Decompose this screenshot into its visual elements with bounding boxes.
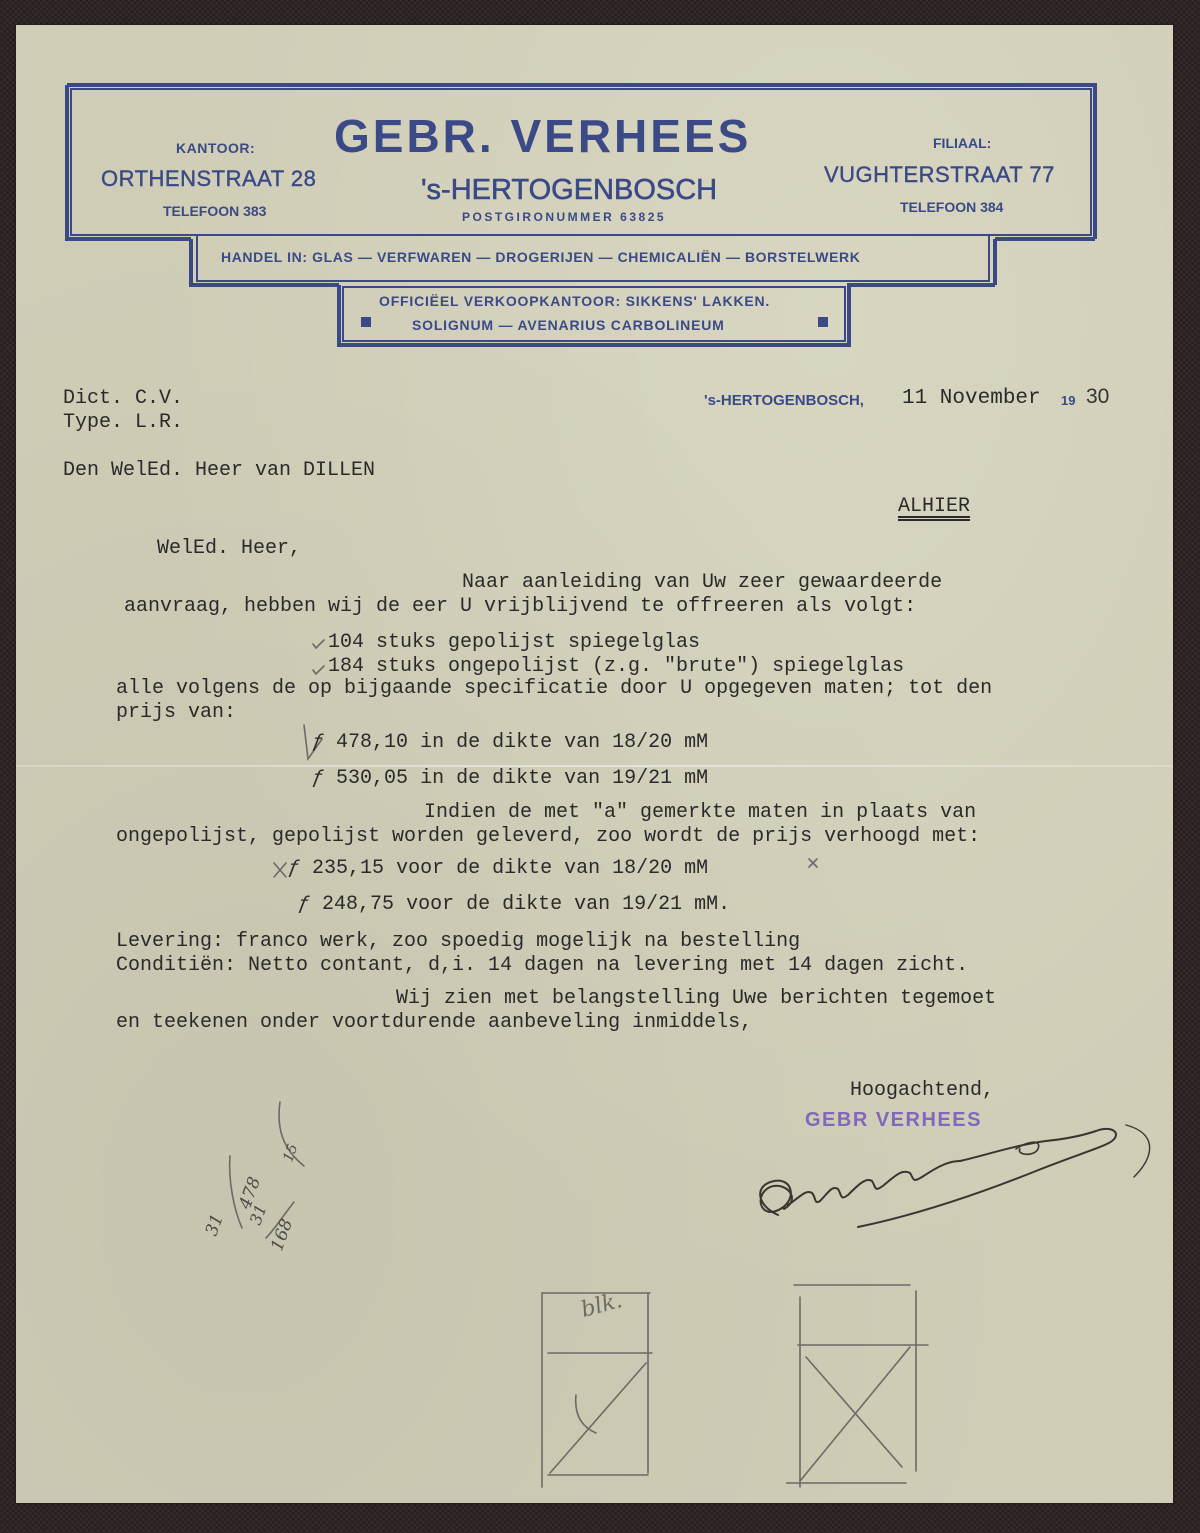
- item-line-2: 184 stuks ongepolijst (z.g. "brute") spi…: [328, 655, 904, 678]
- date-day-month: 11 November: [902, 387, 1041, 410]
- company-city: 's-HERTOGENBOSCH: [421, 174, 717, 207]
- closing-line2: en teekenen onder voortdurende aanbeveli…: [116, 1011, 752, 1034]
- price-amount: 530,05: [336, 767, 408, 790]
- addressee-location: ALHIER: [898, 495, 970, 518]
- spec-line2: prijs van:: [116, 701, 236, 724]
- postgiro-number: POSTGIRONUMMER 63825: [462, 210, 666, 224]
- company-name: GEBR. VERHEES: [334, 109, 751, 163]
- currency-symbol: ƒ: [312, 767, 324, 790]
- price-row-2: ƒ 530,05 in de dikte van 19/21 mM: [312, 767, 708, 790]
- closing-greeting: Hoogachtend,: [850, 1079, 994, 1102]
- currency-symbol: ƒ: [312, 731, 324, 754]
- para2-line1: Indien de met "a" gemerkte maten in plaa…: [424, 801, 976, 824]
- date-year-prefix: 19: [1061, 393, 1075, 408]
- price-row-1: ƒ 478,10 in de dikte van 18/20 mM: [312, 731, 708, 754]
- branch-street: VUGHTERSTRAAT 77: [824, 162, 1055, 188]
- surcharge-row-2: ƒ 248,75 voor de dikte van 19/21 mM.: [298, 893, 730, 916]
- closing-line1: Wij zien met belangstelling Uwe berichte…: [396, 987, 996, 1010]
- trade-line: HANDEL IN: GLAS — VERFWAREN — DROGERIJEN…: [221, 249, 860, 265]
- pencil-calculation: [180, 1090, 350, 1260]
- addressee-line: Den WelEd. Heer van DILLEN: [63, 459, 375, 482]
- payment-conditions: Conditiën: Netto contant, d,i. 14 dagen …: [116, 954, 968, 977]
- branch-phone: TELEFOON 384: [900, 199, 1003, 215]
- surcharge-description: voor de dikte van 18/20 mM: [396, 857, 708, 880]
- para2-line2: ongepolijst, gepolijst worden geleverd, …: [116, 825, 980, 848]
- products-line: SOLIGNUM — AVENARIUS CARBOLINEUM: [412, 317, 725, 333]
- pane-sketch-right: [786, 1265, 956, 1495]
- para1-line2: aanvraag, hebben wij de eer U vrijblijve…: [124, 595, 916, 618]
- salutation: WelEd. Heer,: [157, 537, 301, 560]
- official-sales-line: OFFICIËEL VERKOOPKANTOOR: SIKKENS' LAKKE…: [379, 293, 770, 309]
- dictation-initials: Dict. C.V.: [63, 387, 183, 410]
- currency-symbol: ƒ: [298, 893, 310, 916]
- pencil-cross-icon: [272, 861, 288, 884]
- office-phone: TELEFOON 383: [163, 203, 266, 219]
- surcharge-amount: 248,75: [322, 893, 394, 916]
- delivery-terms: Levering: franco werk, zoo spoedig mogel…: [116, 930, 800, 953]
- typist-initials: Type. L.R.: [63, 411, 183, 434]
- para1-line1: Naar aanleiding van Uw zeer gewaardeerde: [462, 571, 942, 594]
- surcharge-amount: 235,15: [312, 857, 384, 880]
- office-street: ORTHENSTRAAT 28: [101, 166, 316, 192]
- item-line-1: 104 stuks gepolijst spiegelglas: [328, 631, 700, 654]
- date-year-suffix: 30: [1086, 385, 1109, 409]
- signature: [716, 1105, 1156, 1245]
- letter-paper: KANTOOR: ORTHENSTRAAT 28 TELEFOON 383 GE…: [16, 25, 1173, 1503]
- currency-symbol: ƒ: [288, 857, 300, 880]
- surcharge-description: voor de dikte van 19/21 mM.: [406, 893, 730, 916]
- branch-label: FILIAAL:: [933, 135, 991, 151]
- check-mark-icon: [312, 637, 326, 655]
- spec-line1: alle volgens de op bijgaande specificati…: [116, 677, 992, 700]
- price-description: in de dikte van 18/20 mM: [420, 731, 708, 754]
- office-label: KANTOOR:: [176, 140, 255, 156]
- surcharge-row-1: ƒ 235,15 voor de dikte van 18/20 mM: [288, 857, 708, 880]
- pencil-cross-icon: [808, 855, 818, 873]
- price-description: in de dikte van 19/21 mM: [420, 767, 708, 790]
- price-amount: 478,10: [336, 731, 408, 754]
- date-place: 's-HERTOGENBOSCH,: [704, 392, 864, 409]
